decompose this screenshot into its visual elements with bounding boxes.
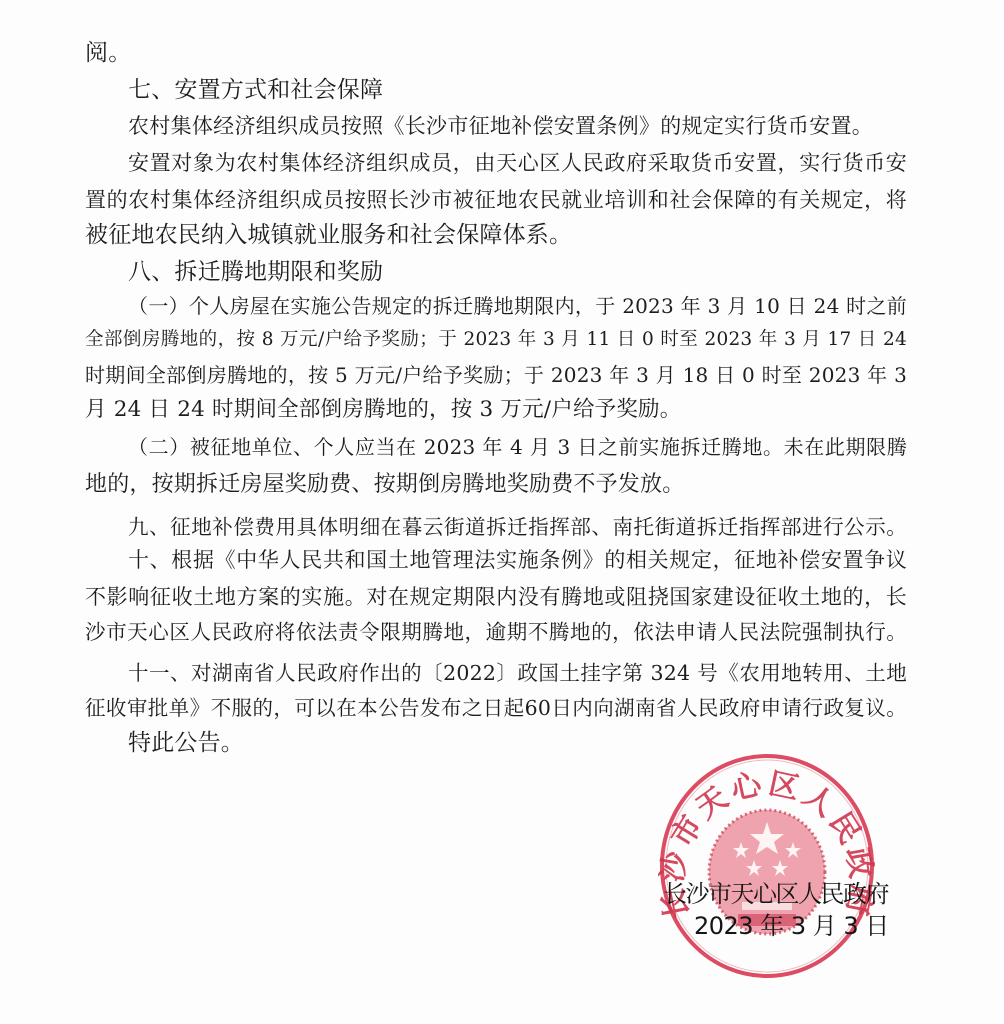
issuer-name: 长沙市天心区人民政府 bbox=[663, 874, 888, 909]
section-heading: 七、安置方式和社会保障 bbox=[128, 73, 528, 107]
text-line: 农村集体经济组织成员按照《长沙市征地补偿安置条例》的规定实行货币安置。 bbox=[128, 109, 873, 143]
text-line: 全部倒房腾地的，按 8 万元/户给予奖励；于 2023 年 3 月 11 日 0… bbox=[85, 323, 907, 357]
section-heading: 十、根据《中华人民共和国土地管理法实施条例》的相关规定，征地补偿安置争议 bbox=[128, 543, 907, 577]
closing-line: 特此公告。 bbox=[128, 726, 328, 760]
section-heading: 九、征地补偿费用具体明细在暮云街道拆迁指挥部、南托街道拆迁指挥部进行公示。 bbox=[128, 510, 907, 544]
issue-date: 2023 年 3 月 3 日 bbox=[694, 906, 889, 941]
section-heading: 十一、对湖南省人民政府作出的〔2022〕政国土挂字第 324 号《农用地转用、土… bbox=[128, 656, 907, 690]
text-line: 阅。 bbox=[85, 36, 145, 70]
text-line: （二）被征地单位、个人应当在 2023 年 4 月 3 日之前实施拆迁腾地。未在… bbox=[128, 430, 907, 464]
text-line: 置的农村集体经济组织成员按照长沙市被征地农民就业培训和社会保障的有关规定，将 bbox=[85, 183, 907, 217]
text-line: 不影响征收土地方案的实施。对在规定期限内没有腾地或阻挠国家建设征收土地的，长 bbox=[85, 580, 907, 614]
text-line: 时期间全部倒房腾地的，按 5 万元/户给予奖励；于 2023 年 3 月 18 … bbox=[85, 358, 907, 392]
text-line: 地的，按期拆迁房屋奖励费、按期倒房腾地奖励费不予发放。 bbox=[85, 468, 685, 502]
official-seal-icon: 长沙市天心区人民政府 bbox=[658, 752, 876, 980]
text-line: 安置对象为农村集体经济组织成员，由天心区人民政府采取货币安置，实行货币安 bbox=[128, 146, 907, 180]
text-line: 被征地农民纳入城镇就业服务和社会保障体系。 bbox=[85, 218, 585, 252]
text-line: 征收审批单》不服的，可以在本公告发布之日起60日内向湖南省人民政府申请行政复议。 bbox=[85, 691, 907, 725]
notice-page: 阅。 七、安置方式和社会保障 农村集体经济组织成员按照《长沙市征地补偿安置条例》… bbox=[0, 0, 1004, 1024]
text-line: （一）个人房屋在实施公告规定的拆迁腾地期限内，于 2023 年 3 月 10 日… bbox=[128, 289, 907, 323]
text-line: 月 24 日 24 时期间全部倒房腾地的，按 3 万元/户给予奖励。 bbox=[85, 393, 685, 427]
text-line: 沙市天心区人民政府将依法责令限期腾地，逾期不腾地的，依法申请人民法院强制执行。 bbox=[85, 615, 907, 649]
section-heading: 八、拆迁腾地期限和奖励 bbox=[128, 255, 528, 289]
